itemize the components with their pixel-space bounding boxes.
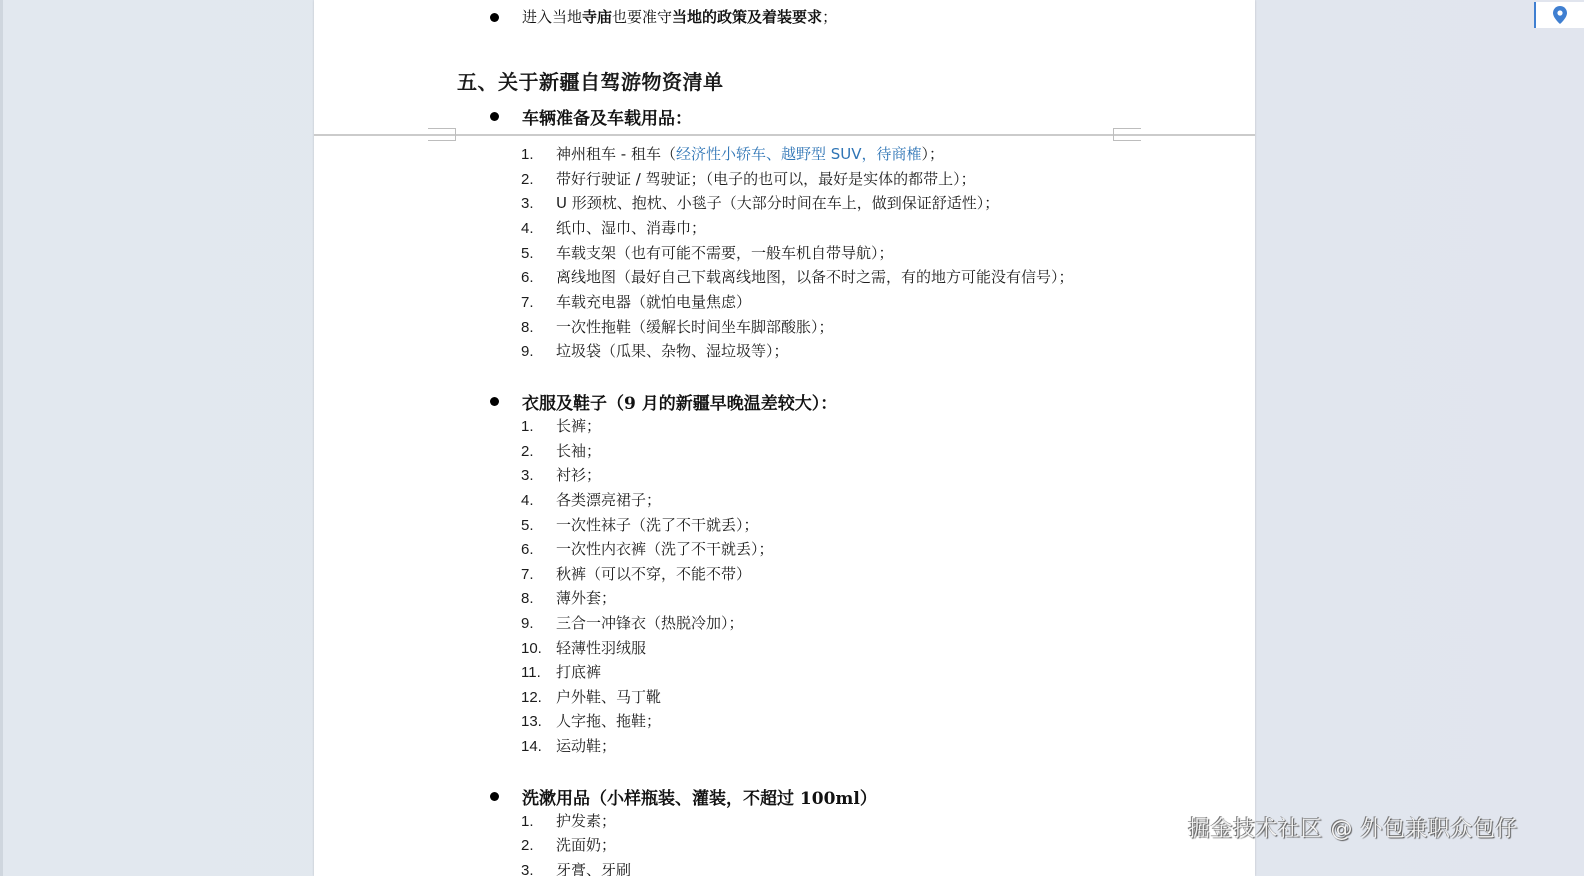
list-text: 各类漂亮裙子； bbox=[556, 491, 661, 509]
list-text: 衬衫； bbox=[556, 466, 601, 484]
list-item: 10.轻薄性羽绒服 bbox=[521, 637, 646, 661]
list-text: 垃圾袋（瓜果、杂物、湿垃圾等）； bbox=[556, 342, 789, 360]
list-item: 1.神州租车 - 租车（经济性小轿车、越野型 SUV，待商榷）； bbox=[521, 143, 944, 167]
list-item: 8.薄外套； bbox=[521, 587, 616, 611]
list-number: 2. bbox=[521, 171, 556, 188]
bullet-icon bbox=[490, 397, 499, 406]
list-number: 14. bbox=[521, 738, 556, 755]
list-number: 10. bbox=[521, 640, 556, 657]
list-text: 轻薄性羽绒服 bbox=[556, 639, 646, 657]
list-text: 一次性袜子（洗了不干就丢）； bbox=[556, 516, 759, 534]
list-number: 5. bbox=[521, 517, 556, 534]
list-item: 5.车载支架（也有可能不需要，一般车机自带导航）； bbox=[521, 242, 894, 266]
list-number: 4. bbox=[521, 492, 556, 509]
bullet-icon bbox=[490, 112, 499, 121]
list-number: 7. bbox=[521, 566, 556, 583]
list-item: 1.长裤； bbox=[521, 415, 601, 439]
list-text: U 形颈枕、抱枕、小毯子（大部分时间在车上，做到保证舒适性）； bbox=[556, 194, 999, 212]
text-segment: ； bbox=[822, 8, 837, 26]
list-text-suffix: ）； bbox=[922, 145, 945, 163]
list-number: 1. bbox=[521, 813, 556, 830]
list-item: 9.三合一冲锋衣（热脱冷加）； bbox=[521, 612, 744, 636]
list-text: 车载支架（也有可能不需要，一般车机自带导航）； bbox=[556, 244, 894, 262]
list-number: 9. bbox=[521, 343, 556, 360]
list-text: 人字拖、拖鞋； bbox=[556, 712, 661, 730]
list-number: 3. bbox=[521, 467, 556, 484]
bullet-item-temple: 进入当地寺庙也要准守当地的政策及着装要求； bbox=[522, 6, 837, 27]
list-text: 牙膏、牙刷 bbox=[556, 861, 631, 876]
bullet-icon bbox=[490, 792, 499, 801]
list-item: 12.户外鞋、马丁靴 bbox=[521, 686, 661, 710]
list-number: 3. bbox=[521, 862, 556, 876]
text-segment: 也要准守 bbox=[612, 8, 672, 26]
list-text: 长袖； bbox=[556, 442, 601, 460]
text-segment-bold: 寺庙 bbox=[582, 8, 612, 26]
list-item: 2.带好行驶证 / 驾驶证；（电子的也可以，最好是实体的都带上）； bbox=[521, 168, 976, 192]
text-segment: 进入当地 bbox=[522, 8, 582, 26]
list-number: 9. bbox=[521, 615, 556, 632]
list-item: 3.牙膏、牙刷 bbox=[521, 859, 631, 876]
list-number: 12. bbox=[521, 689, 556, 706]
list-text: 洗面奶； bbox=[556, 836, 616, 854]
list-item: 9.垃圾袋（瓜果、杂物、湿垃圾等）； bbox=[521, 340, 789, 364]
list-number: 6. bbox=[521, 269, 556, 286]
list-number: 11. bbox=[521, 664, 556, 681]
list-number: 2. bbox=[521, 837, 556, 854]
list-item: 4.纸巾、湿巾、消毒巾； bbox=[521, 217, 706, 241]
list-item: 5.一次性袜子（洗了不干就丢）； bbox=[521, 514, 759, 538]
list-text: 长裤； bbox=[556, 417, 601, 435]
margin-crop-mark-right bbox=[1113, 128, 1141, 141]
list-item: 13.人字拖、拖鞋； bbox=[521, 710, 661, 734]
list-number: 7. bbox=[521, 294, 556, 311]
list-number: 3. bbox=[521, 195, 556, 212]
list-item: 7.车载充电器（就怕电量焦虑） bbox=[521, 291, 751, 315]
document-viewport[interactable]: 进入当地寺庙也要准守当地的政策及着装要求； 五、关于新疆自驾游物资清单 车辆准备… bbox=[0, 0, 1584, 876]
list-item: 2.长袖； bbox=[521, 440, 601, 464]
list-number: 1. bbox=[521, 146, 556, 163]
list-item: 2.洗面奶； bbox=[521, 834, 616, 858]
list-number: 6. bbox=[521, 541, 556, 558]
left-edge bbox=[0, 0, 3, 876]
list-text: 三合一冲锋衣（热脱冷加）； bbox=[556, 614, 744, 632]
list-text: 带好行驶证 / 驾驶证；（电子的也可以，最好是实体的都带上）； bbox=[556, 170, 976, 188]
location-pin-icon bbox=[1553, 6, 1567, 24]
group-title-toiletries: 洗漱用品（小样瓶装、灌装，不超过 100ml） bbox=[522, 784, 877, 809]
list-text: 车载充电器（就怕电量焦虑） bbox=[556, 293, 751, 311]
group-title-clothing: 衣服及鞋子（9 月的新疆早晚温差较大）： bbox=[522, 389, 837, 414]
list-item: 3.衬衫； bbox=[521, 464, 601, 488]
margin-crop-mark-left bbox=[428, 128, 456, 141]
list-text: 户外鞋、马丁靴 bbox=[556, 688, 661, 706]
list-item: 4.各类漂亮裙子； bbox=[521, 489, 661, 513]
group-title-vehicle: 车辆准备及车载用品： bbox=[522, 104, 692, 129]
list-number: 8. bbox=[521, 319, 556, 336]
list-item: 7.秋裤（可以不穿，不能不带） bbox=[521, 563, 751, 587]
highlighted-text: 经济性小轿车、越野型 SUV，待商榷 bbox=[676, 145, 922, 163]
location-pin-button[interactable] bbox=[1534, 2, 1584, 28]
list-text: 秋裤（可以不穿，不能不带） bbox=[556, 565, 751, 583]
list-text: 薄外套； bbox=[556, 589, 616, 607]
list-number: 4. bbox=[521, 220, 556, 237]
list-item: 6.离线地图（最好自己下载离线地图，以备不时之需，有的地方可能没有信号）； bbox=[521, 266, 1074, 290]
list-text: 一次性拖鞋（缓解长时间坐车脚部酸胀）； bbox=[556, 318, 834, 336]
text-segment-bold: 当地的政策及着装要求 bbox=[672, 8, 822, 26]
list-text: 纸巾、湿巾、消毒巾； bbox=[556, 219, 706, 237]
list-item: 8.一次性拖鞋（缓解长时间坐车脚部酸胀）； bbox=[521, 316, 834, 340]
list-number: 1. bbox=[521, 418, 556, 435]
watermark: 掘金技术社区 @ 外包兼职众包仔 bbox=[1188, 812, 1518, 843]
list-item: 6.一次性内衣裤（洗了不干就丢）； bbox=[521, 538, 774, 562]
list-number: 13. bbox=[521, 713, 556, 730]
list-item: 14.运动鞋； bbox=[521, 735, 616, 759]
list-text: 护发素； bbox=[556, 812, 616, 830]
document-page[interactable]: 进入当地寺庙也要准守当地的政策及着装要求； 五、关于新疆自驾游物资清单 车辆准备… bbox=[314, 0, 1255, 876]
bullet-icon bbox=[490, 13, 499, 22]
list-text: 运动鞋； bbox=[556, 737, 616, 755]
list-number: 8. bbox=[521, 590, 556, 607]
list-text: 一次性内衣裤（洗了不干就丢）； bbox=[556, 540, 774, 558]
list-number: 5. bbox=[521, 245, 556, 262]
list-item: 1.护发素； bbox=[521, 810, 616, 834]
list-text: 神州租车 - 租车（ bbox=[556, 145, 676, 163]
list-item: 3.U 形颈枕、抱枕、小毯子（大部分时间在车上，做到保证舒适性）； bbox=[521, 192, 999, 216]
list-text: 离线地图（最好自己下载离线地图，以备不时之需，有的地方可能没有信号）； bbox=[556, 268, 1074, 286]
list-item: 11.打底裤 bbox=[521, 661, 601, 685]
list-text: 打底裤 bbox=[556, 663, 601, 681]
list-number: 2. bbox=[521, 443, 556, 460]
section-heading: 五、关于新疆自驾游物资清单 bbox=[457, 66, 724, 95]
